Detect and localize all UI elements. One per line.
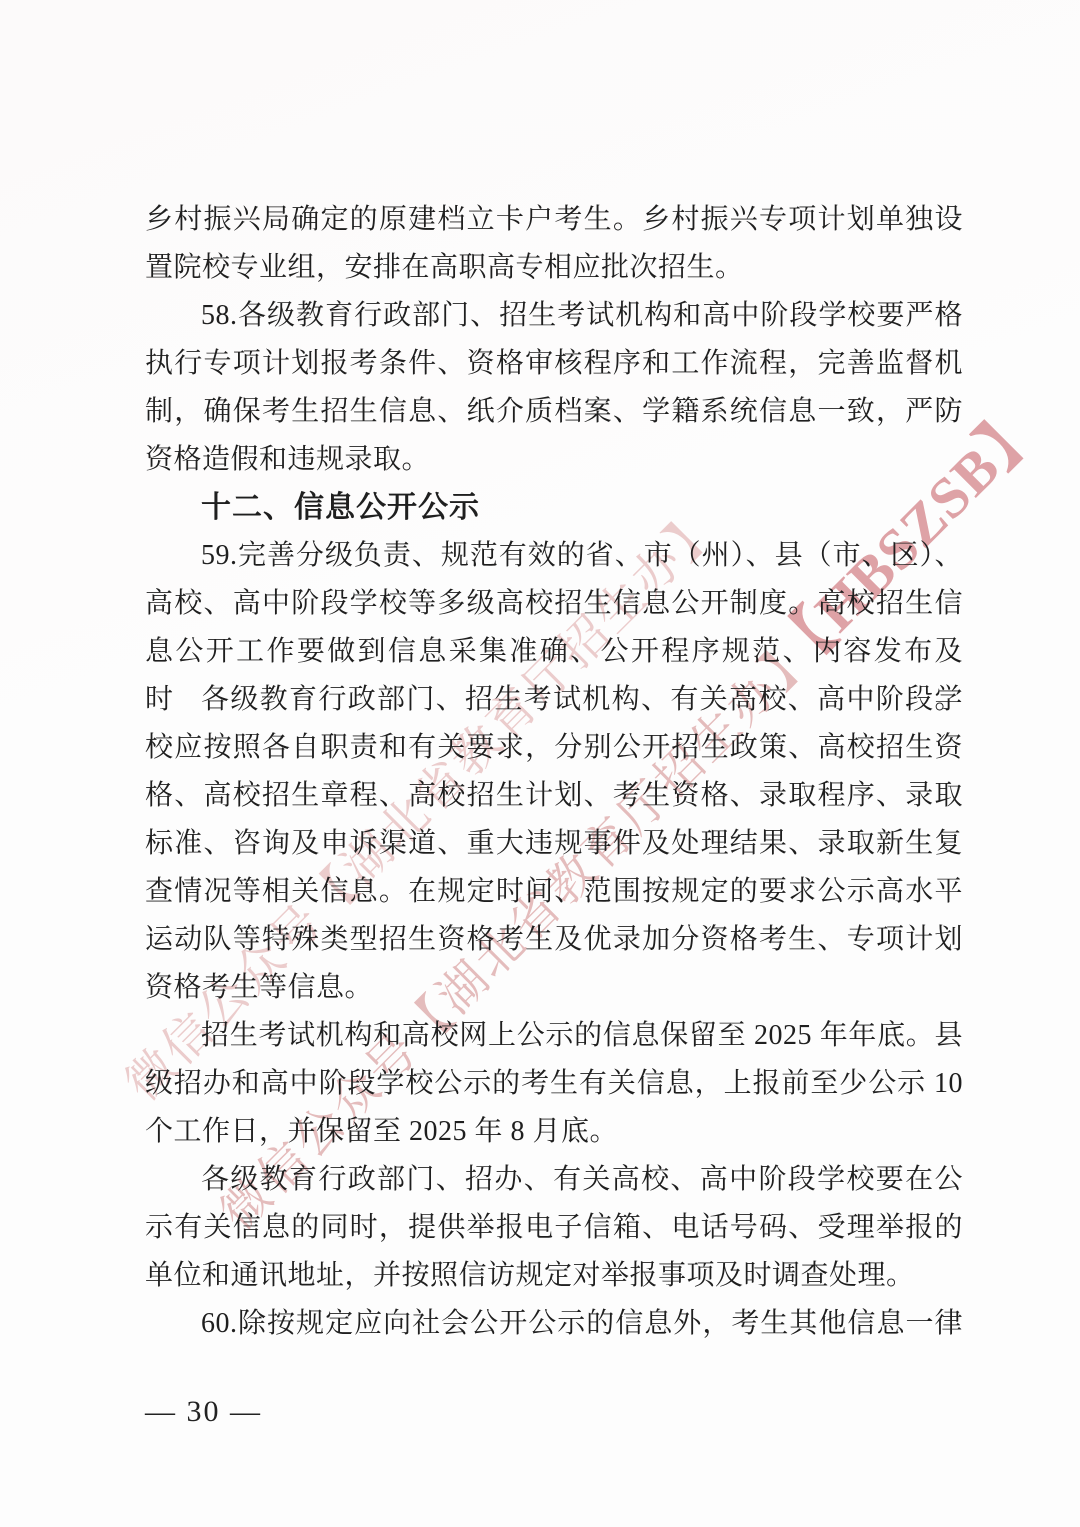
text-line: 58.各级教育行政部门、招生考试机构和高中阶段学校要严格 bbox=[145, 292, 963, 340]
text-line: 息公开工作要做到信息采集准确、公开程序规范、内容发布及时。 bbox=[145, 628, 963, 676]
text-line: 资格考生等信息。 bbox=[145, 964, 963, 1012]
text-line: 级招办和高中阶段学校公示的考生有关信息，上报前至少公示 10 bbox=[145, 1060, 963, 1108]
text-line: 制，确保考生招生信息、纸介质档案、学籍系统信息一致，严防 bbox=[145, 388, 963, 436]
text-line: 示有关信息的同时，提供举报电子信箱、电话号码、受理举报的 bbox=[145, 1204, 963, 1252]
text-line: 置院校专业组，安排在高职高专相应批次招生。 bbox=[145, 244, 963, 292]
text-line: 单位和通讯地址，并按照信访规定对举报事项及时调查处理。 bbox=[145, 1252, 963, 1300]
text-line: 各级教育行政部门、招办、有关高校、高中阶段学校要在公 bbox=[145, 1156, 963, 1204]
text-line: 59.完善分级负责、规范有效的省、市（州）、县（市、区）、 bbox=[145, 532, 963, 580]
document-page: { "document": { "lines": [ { "text": "乡村… bbox=[0, 0, 1080, 1527]
text-line: 运动队等特殊类型招生资格考生及优录加分资格考生、专项计划 bbox=[145, 916, 963, 964]
text-line: 校应按照各自职责和有关要求，分别公开招生政策、高校招生资 bbox=[145, 724, 963, 772]
text-line: 高校、高中阶段学校等多级高校招生信息公开制度。高校招生信 bbox=[145, 580, 963, 628]
document-body: 乡村振兴局确定的原建档立卡户考生。乡村振兴专项计划单独设置院校专业组，安排在高职… bbox=[145, 196, 963, 1348]
text-line: 查情况等相关信息。在规定时间、范围按规定的要求公示高水平 bbox=[145, 868, 963, 916]
text-line: 资格造假和违规录取。 bbox=[145, 436, 963, 484]
page-number: — 30 — bbox=[145, 1388, 262, 1436]
text-line: 乡村振兴局确定的原建档立卡户考生。乡村振兴专项计划单独设 bbox=[145, 196, 963, 244]
section-heading: 十二、信息公开公示 bbox=[145, 484, 963, 532]
text-line: 执行专项计划报考条件、资格审核程序和工作流程，完善监督机 bbox=[145, 340, 963, 388]
text-line: 标准、咨询及申诉渠道、重大违规事件及处理结果、录取新生复 bbox=[145, 820, 963, 868]
text-line: 招生考试机构和高校网上公示的信息保留至 2025 年年底。县 bbox=[145, 1012, 963, 1060]
text-line: 格、高校招生章程、高校招生计划、考生资格、录取程序、录取 bbox=[145, 772, 963, 820]
text-line: 各级教育行政部门、招生考试机构、有关高校、高中阶段学 bbox=[145, 676, 963, 724]
text-line: 60.除按规定应向社会公开公示的信息外，考生其他信息一律 bbox=[145, 1300, 963, 1348]
text-line: 个工作日，并保留至 2025 年 8 月底。 bbox=[145, 1108, 963, 1156]
